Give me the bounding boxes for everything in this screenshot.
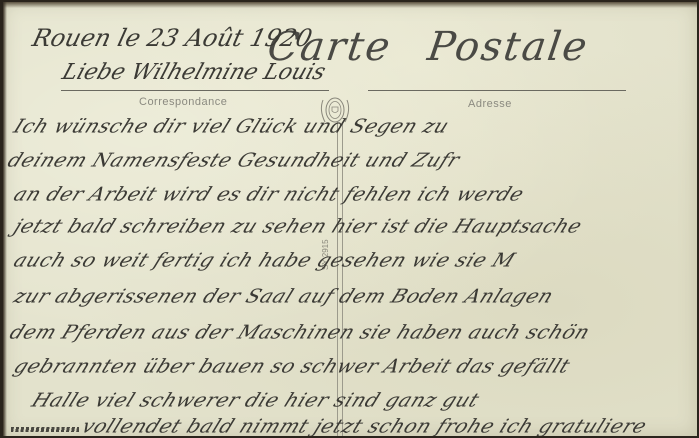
address-label: Adresse: [468, 98, 512, 110]
correspondence-rule: [61, 90, 329, 91]
address-rule: [368, 90, 626, 91]
message-line-10: vollendet bald nimmt jetzt schon frohe i…: [78, 415, 650, 436]
message-line-9: Halle viel schwerer die hier sind ganz g…: [28, 389, 483, 412]
message-line-3: an der Arbeit wird es dir nicht fehlen i…: [10, 183, 528, 206]
margin-note: zum Feste Wilhelmine viel Glück und: [693, 2, 697, 86]
message-line-1: Ich wünsche dir viel Glück und Segen zu: [10, 115, 453, 138]
correspondence-label: Correspondance: [139, 96, 227, 108]
message-line-6: zur abgerissenen der Saal auf dem Boden …: [10, 285, 557, 308]
message-line-2: deinem Namensfeste Gesundheit und Zufr: [4, 149, 463, 172]
scan-left-edge: [3, 2, 7, 436]
crossed-out-scribble: [11, 427, 79, 432]
message-line-5: auch so weit fertig ich habe gesehen wie…: [10, 249, 519, 272]
message-line-8: gebrannten über bauen so schwer Arbeit d…: [10, 355, 574, 378]
postcard-back: Carte Postale Correspondance Adresse SY …: [3, 2, 697, 436]
salutation: Liebe Wilhelmine Louis: [59, 60, 329, 85]
message-line-7: dem Pferden aus der Maschinen sie haben …: [6, 321, 593, 344]
message-line-4: jetzt bald schreiben zu sehen hier ist d…: [10, 215, 586, 238]
scan-top-edge: [3, 2, 697, 8]
place-date: Rouen le 23 Août 1920: [30, 24, 316, 52]
title-word-postale: Postale: [425, 24, 592, 70]
